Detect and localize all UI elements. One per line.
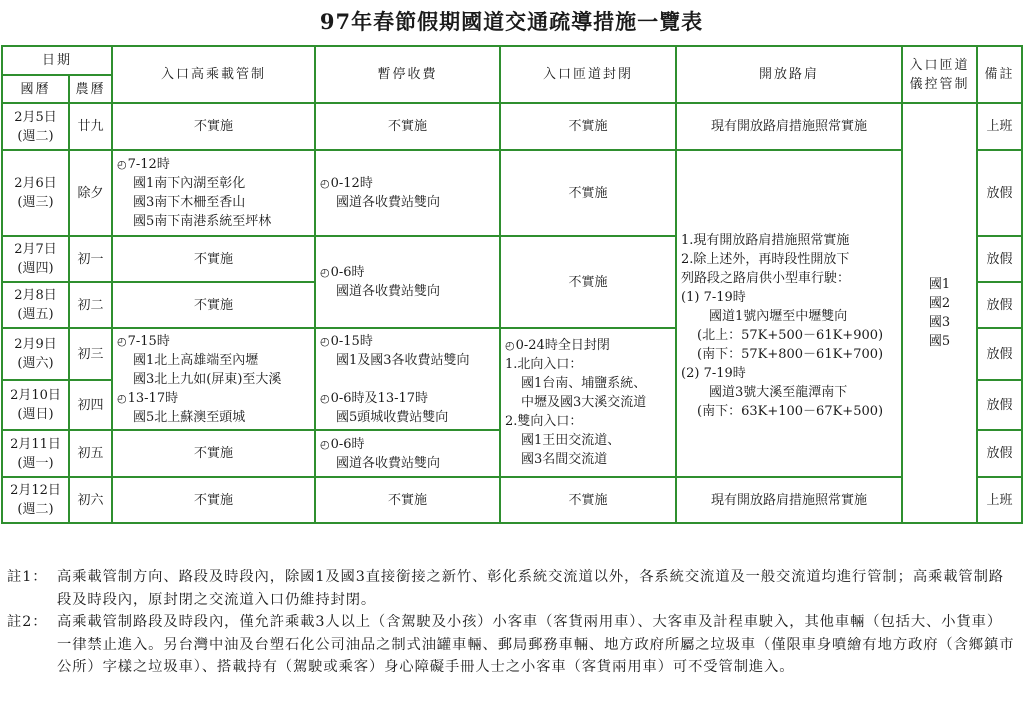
lunar-date: 廿九: [69, 103, 112, 150]
header-lunar: 農曆: [69, 75, 112, 103]
clock-icon: ◴: [320, 332, 330, 351]
header-hov: 入口高乘載管制: [112, 46, 315, 103]
shoulder-cell: 現有開放路肩措施照常實施: [676, 103, 902, 150]
note-text: 高乘載管制方向、路段及時段內，除國1及國3直接銜接之新竹、彰化系統交流道以外，各…: [57, 566, 1017, 611]
solar-date: 2月11日 (週一): [2, 430, 69, 477]
solar-date: 2月6日 (週三): [2, 150, 69, 236]
ramp-close-cell: ◴0-24時全日封閉 1.北向入口： 國1台南、埔鹽系統、 中壢及國3大溪交流道…: [500, 328, 676, 477]
remark-cell: 放假: [977, 236, 1022, 282]
hov-cell: 不實施: [112, 236, 315, 282]
solar-date: 2月10日 (週日): [2, 380, 69, 430]
lunar-date: 初一: [69, 236, 112, 282]
clock-icon: ◴: [505, 336, 515, 355]
note-label: 註1：: [7, 566, 57, 611]
remark-cell: 放假: [977, 380, 1022, 430]
ramp-close-cell: 不實施: [500, 103, 676, 150]
solar-date: 2月5日 (週二): [2, 103, 69, 150]
note-text: 高乘載管制路段及時段內，僅允許乘載3人以上（含駕駛及小孩）小客車（客貨兩用車）、…: [57, 611, 1017, 679]
hov-cell: ◴7-15時 國1北上高雄端至內壢 國3北上九如(屏東)至大溪 ◴13-17時 …: [112, 328, 315, 430]
remark-cell: 放假: [977, 150, 1022, 236]
clock-icon: ◴: [117, 155, 127, 174]
clock-icon: ◴: [320, 174, 330, 193]
remark-cell: 上班: [977, 477, 1022, 523]
ramp-close-cell: 不實施: [500, 477, 676, 523]
lunar-date: 初六: [69, 477, 112, 523]
lunar-date: 初三: [69, 328, 112, 380]
shoulder-cell: 現有開放路肩措施照常實施: [676, 477, 902, 523]
shoulder-cell: 1.現有開放路肩措施照常實施 2.除上述外，再時段性開放下 列路段之路肩供小型車…: [676, 150, 902, 477]
solar-date: 2月9日 (週六): [2, 328, 69, 380]
lunar-date: 初四: [69, 380, 112, 430]
hov-cell: 不實施: [112, 477, 315, 523]
toll-cell: ◴0-6時 國道各收費站雙向: [315, 236, 500, 328]
header-remark: 備註: [977, 46, 1022, 103]
solar-date: 2月12日 (週二): [2, 477, 69, 523]
lunar-date: 初五: [69, 430, 112, 477]
page-title: 97年春節假期國道交通疏導措施一覽表: [0, 6, 1023, 36]
header-date-group: 日期: [2, 46, 112, 75]
table-row: 2月6日 (週三) 除夕 ◴7-12時 國1南下內湖至彰化 國3南下木柵至香山 …: [2, 150, 1022, 236]
remark-cell: 放假: [977, 282, 1022, 328]
lunar-date: 除夕: [69, 150, 112, 236]
hov-cell: 不實施: [112, 282, 315, 328]
clock-icon: ◴: [320, 263, 330, 282]
lunar-date: 初二: [69, 282, 112, 328]
toll-cell: 不實施: [315, 477, 500, 523]
hov-cell: 不實施: [112, 430, 315, 477]
footnotes: 註1： 高乘載管制方向、路段及時段內，除國1及國3直接銜接之新竹、彰化系統交流道…: [7, 566, 1017, 679]
note-1: 註1： 高乘載管制方向、路段及時段內，除國1及國3直接銜接之新竹、彰化系統交流道…: [7, 566, 1017, 611]
clock-icon: ◴: [117, 389, 127, 408]
note-label: 註2：: [7, 611, 57, 679]
ramp-meter-cell: 國1 國2 國3 國5: [902, 103, 977, 523]
remark-cell: 放假: [977, 328, 1022, 380]
hov-cell: 不實施: [112, 103, 315, 150]
clock-icon: ◴: [117, 332, 127, 351]
header-shoulder: 開放路肩: [676, 46, 902, 103]
solar-date: 2月7日 (週四): [2, 236, 69, 282]
remark-cell: 放假: [977, 430, 1022, 477]
table-row: 2月5日 (週二) 廿九 不實施 不實施 不實施 現有開放路肩措施照常實施 國1…: [2, 103, 1022, 150]
toll-cell: ◴0-12時 國道各收費站雙向: [315, 150, 500, 236]
hov-cell: ◴7-12時 國1南下內湖至彰化 國3南下木柵至香山 國5南下南港系統至坪林: [112, 150, 315, 236]
header-solar: 國曆: [2, 75, 69, 103]
ramp-close-cell: 不實施: [500, 236, 676, 328]
toll-cell: ◴0-15時 國1及國3各收費站雙向 ◴0-6時及13-17時 國5頭城收費站雙…: [315, 328, 500, 430]
toll-cell: ◴0-6時 國道各收費站雙向: [315, 430, 500, 477]
remark-cell: 上班: [977, 103, 1022, 150]
header-ramp-close: 入口匝道封閉: [500, 46, 676, 103]
clock-icon: ◴: [320, 435, 330, 454]
header-toll: 暫停收費: [315, 46, 500, 103]
ramp-close-cell: 不實施: [500, 150, 676, 236]
header-ramp-meter: 入口匝道 儀控管制: [902, 46, 977, 103]
traffic-measures-table: 日期 入口高乘載管制 暫停收費 入口匝道封閉 開放路肩 入口匝道 儀控管制 備註…: [1, 45, 1023, 524]
note-2: 註2： 高乘載管制路段及時段內，僅允許乘載3人以上（含駕駛及小孩）小客車（客貨兩…: [7, 611, 1017, 679]
solar-date: 2月8日 (週五): [2, 282, 69, 328]
toll-cell: 不實施: [315, 103, 500, 150]
clock-icon: ◴: [320, 389, 330, 408]
table-row: 2月12日 (週二) 初六 不實施 不實施 不實施 現有開放路肩措施照常實施 上…: [2, 477, 1022, 523]
